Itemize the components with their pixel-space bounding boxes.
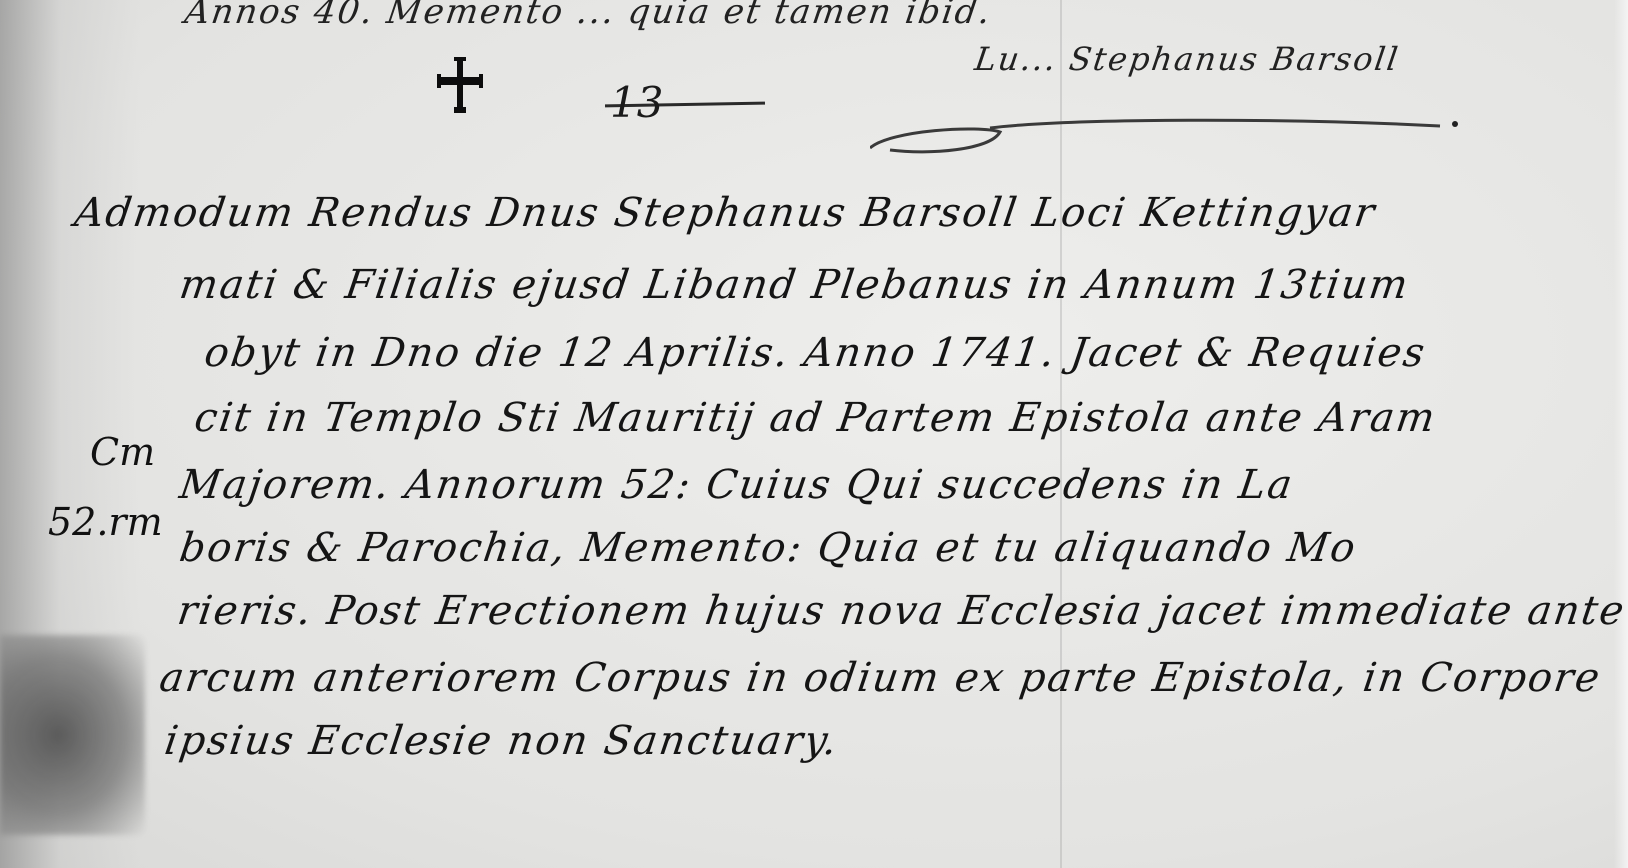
top-line-cut-off: Annos 40. Memento ... quia et tamen ibid…	[182, 0, 994, 32]
text-line-3: obyt in Dno die 12 Aprilis. Anno 1741. J…	[202, 330, 1429, 376]
flourish-line	[870, 110, 1470, 160]
text-line-7: rieris. Post Erectionem hujus nova Eccle…	[175, 588, 1628, 634]
margin-note-age: 52.rm	[48, 500, 163, 544]
paper-stain	[0, 635, 145, 835]
text-line-9: ipsius Ecclesie non Sanctuary.	[162, 718, 842, 764]
text-line-8: arcum anteriorem Corpus in odium ex part…	[157, 655, 1604, 701]
text-line-2: mati & Filialis ejusd Liband Plebanus in…	[177, 262, 1413, 308]
page-edge	[1614, 0, 1628, 868]
folio-number: 13	[610, 78, 663, 127]
text-line-1: Admodum Rendus Dnus Stephanus Barsoll Lo…	[72, 190, 1379, 236]
text-line-5: Majorem. Annorum 52: Cuius Qui succedens…	[177, 462, 1297, 508]
manuscript-page: Annos 40. Memento ... quia et tamen ibid…	[0, 0, 1628, 868]
signature-note: Lu... Stephanus Barsoll	[972, 40, 1402, 78]
text-line-6: boris & Parochia, Memento: Quia et tu al…	[177, 525, 1360, 571]
text-line-4: cit in Templo Sti Mauritij ad Partem Epi…	[192, 395, 1440, 441]
cross-icon	[428, 55, 492, 115]
margin-note-top: Cm	[90, 430, 155, 474]
